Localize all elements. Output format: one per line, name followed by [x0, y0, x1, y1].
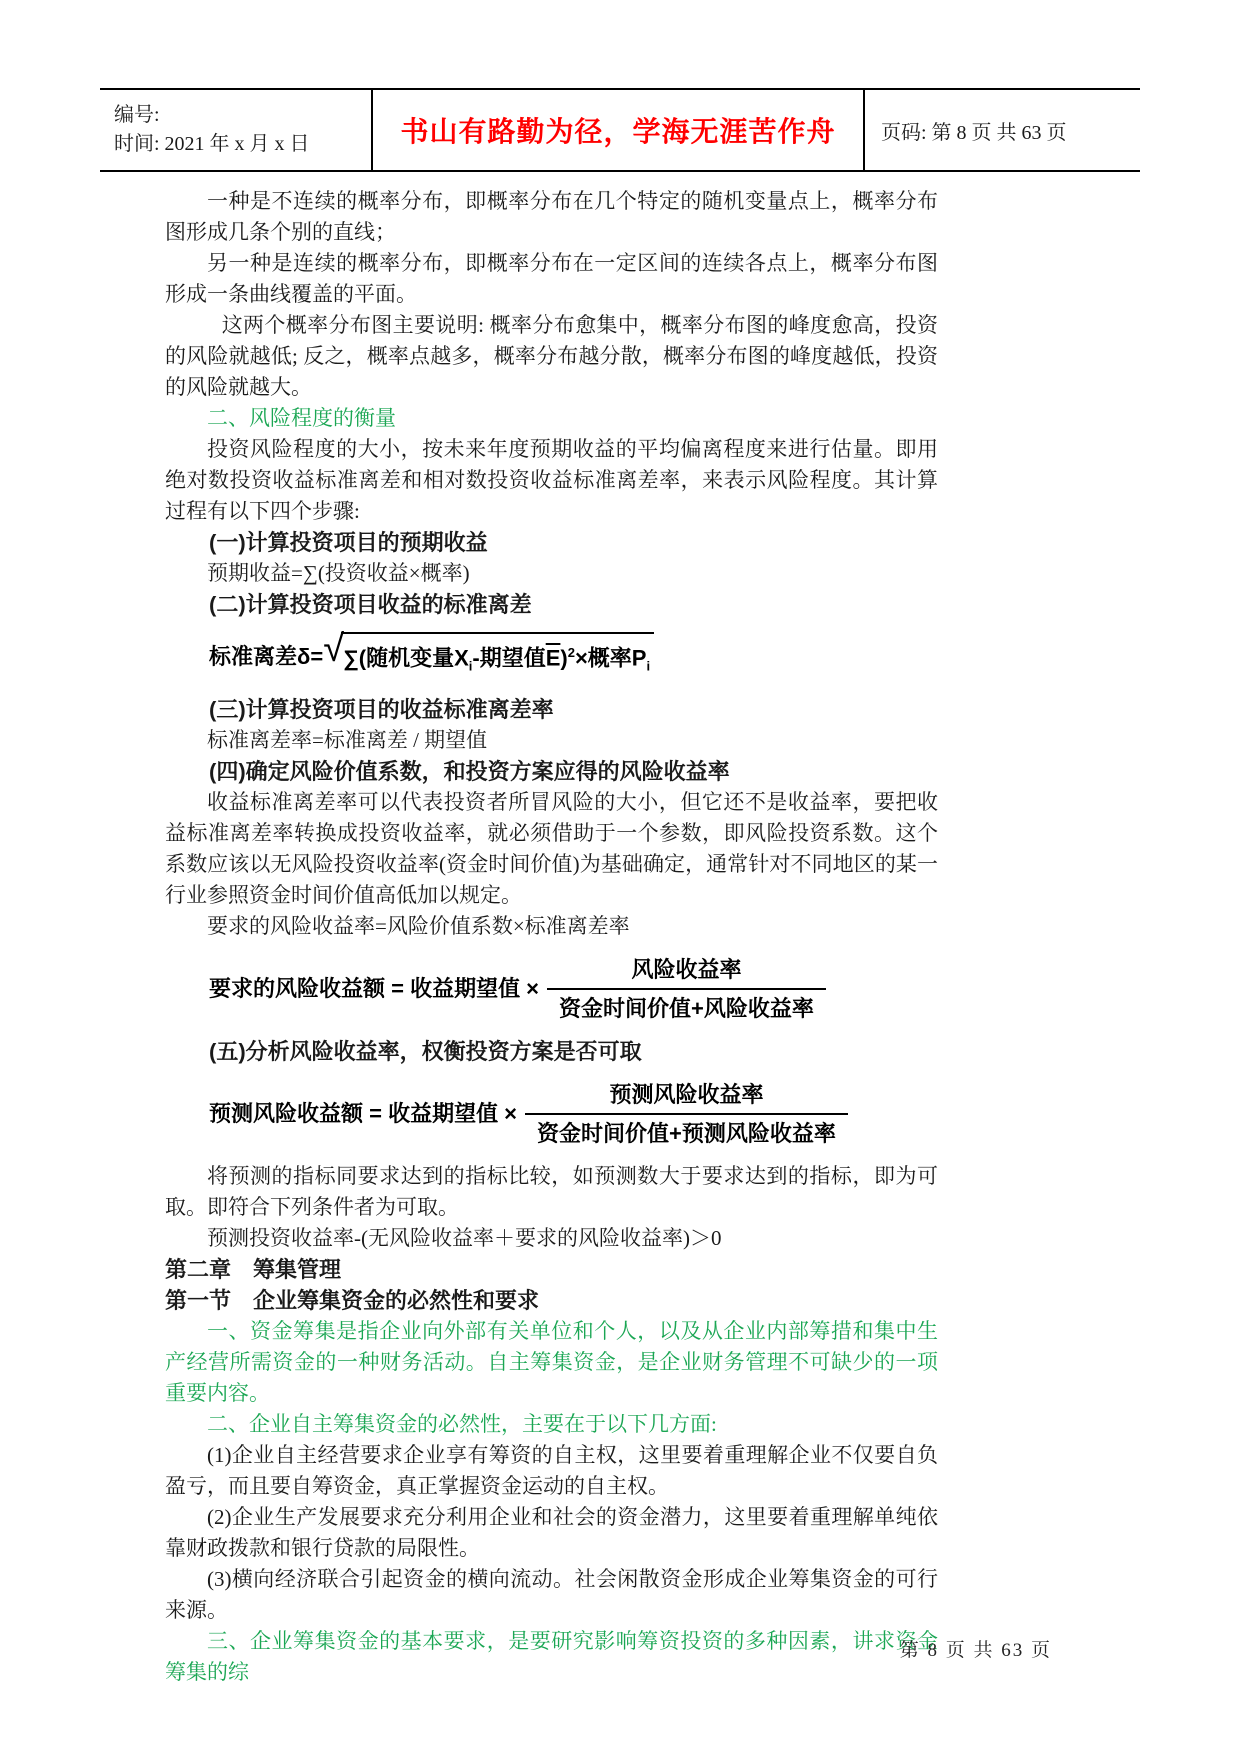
- formula-lhs: 要求的风险收益额 = 收益期望值 ×: [209, 973, 539, 1004]
- page-footer-number: 第 8 页 共 63 页: [900, 1635, 1052, 1662]
- paragraph-fund-point2: 二、企业自主筹集资金的必然性，主要在于以下几方面:: [165, 1409, 938, 1440]
- heading-step4: (四)确定风险价值系数，和投资方案应得的风险收益率: [165, 756, 938, 787]
- heading-step3: (三)计算投资项目的收益标准离差率: [165, 694, 938, 725]
- fraction-denominator: 资金时间价值+风险收益率: [547, 988, 826, 1024]
- heading-step2: (二)计算投资项目收益的标准离差: [165, 589, 938, 620]
- doc-number-label: 编号:: [114, 101, 371, 130]
- heading-step5: (五)分析风险收益率，权衡投资方案是否可取: [165, 1036, 938, 1067]
- heading-step1: (一)计算投资项目的预期收益: [165, 527, 938, 558]
- std-deviation-formula: 标准离差δ=√∑(随机变量Xi-期望值E)2×概率Pi: [165, 632, 938, 682]
- formula-lhs: 标准离差δ=: [209, 641, 323, 672]
- close-paren: ): [560, 645, 567, 670]
- paragraph-fund-point2-2: (2)企业生产发展要求充分利用企业和社会的资金潜力，这里要着重理解单纯依靠财政拨…: [165, 1502, 938, 1564]
- radicand: ∑(随机变量Xi-期望值E)2×概率Pi: [341, 632, 654, 682]
- fraction-numerator: 风险收益率: [547, 954, 826, 988]
- paragraph-prob-summary: 这两个概率分布图主要说明: 概率分布愈集中，概率分布图的峰度愈高，投资的风险就越…: [165, 310, 938, 403]
- heading-risk-measure: 二、风险程度的衡量: [165, 403, 938, 434]
- header-meta-cell: 编号: 时间: 2021 年 x 月 x 日: [100, 90, 373, 170]
- formula-required-rate: 要求的风险收益率=风险价值系数×标准离差率: [165, 911, 938, 942]
- header-page-cell: 页码: 第 8 页 共 63 页: [865, 90, 1140, 170]
- paragraph-compare-note: 将预测的指标同要求达到的指标比较，如预测数大于要求达到的指标，即为可取。即符合下…: [165, 1161, 938, 1223]
- document-body: 一种是不连续的概率分布，即概率分布在几个特定的随机变量点上，概率分布图形成几条个…: [165, 186, 938, 1688]
- formula-lhs: 预测风险收益额 = 收益期望值 ×: [209, 1098, 517, 1129]
- paragraph-fund-point2-3: (3)横向经济联合引起资金的横向流动。社会闲散资金形成企业筹集资金的可行来源。: [165, 1564, 938, 1626]
- document-page: 编号: 时间: 2021 年 x 月 x 日 书山有路勤为径，学海无涯苦作舟 页…: [0, 0, 1241, 1754]
- paragraph-measure-intro: 投资风险程度的大小，按未来年度预期收益的平均偏离程度来进行估量。即用绝对数投资收…: [165, 434, 938, 527]
- paragraph-prob-continuous: 另一种是连续的概率分布，即概率分布在一定区间的连续各点上，概率分布图形成一条曲线…: [165, 248, 938, 310]
- heading-chapter2: 第二章 筹集管理: [165, 1254, 938, 1285]
- formula-exponent: 2: [568, 645, 575, 660]
- page-header: 编号: 时间: 2021 年 x 月 x 日 书山有路勤为径，学海无涯苦作舟 页…: [100, 88, 1140, 172]
- formula-expected-return: 预期收益=∑(投资收益×概率): [165, 558, 938, 589]
- header-motto-cell: 书山有路勤为径，学海无涯苦作舟: [373, 90, 865, 170]
- formula-condition: 预测投资收益率-(无风险收益率＋要求的风险收益率)＞0: [165, 1223, 938, 1254]
- formula-sd-rate: 标准离差率=标准离差 / 期望值: [165, 725, 938, 756]
- paragraph-fund-point1: 一、资金筹集是指企业向外部有关单位和个人，以及从企业内部筹措和集中生产经营所需资…: [165, 1316, 938, 1409]
- fraction-denominator: 资金时间价值+预测风险收益率: [525, 1113, 848, 1149]
- paragraph-step4-body: 收益标准离差率可以代表投资者所冒风险的大小，但它还不是收益率，要把收益标准离差率…: [165, 787, 938, 911]
- fraction: 预测风险收益率 资金时间价值+预测风险收益率: [525, 1079, 848, 1149]
- fraction-numerator: 预测风险收益率: [525, 1079, 848, 1113]
- forecast-risk-return-formula: 预测风险收益额 = 收益期望值 × 预测风险收益率 资金时间价值+预测风险收益率: [165, 1079, 938, 1149]
- paragraph-fund-point2-1: (1)企业自主经营要求企业享有筹资的自主权，这里要着重理解企业不仅要自负盈亏，而…: [165, 1440, 938, 1502]
- heading-section1: 第一节 企业筹集资金的必然性和要求: [165, 1285, 938, 1316]
- sqrt-expression: √∑(随机变量Xi-期望值E)2×概率Pi: [323, 632, 654, 682]
- formula-subscript: i: [646, 659, 650, 674]
- page-number-label: 页码: 第 8 页 共 63 页: [881, 116, 1140, 145]
- expected-value-bar: E: [546, 645, 561, 670]
- header-motto: 书山有路勤为径，学海无涯苦作舟: [400, 110, 835, 150]
- radicand-tail: ×概率P: [575, 645, 647, 670]
- paragraph-fund-point3: 三、企业筹集资金的基本要求，是要研究影响筹资投资的多种因素，讲求资金筹集的综: [165, 1626, 938, 1688]
- paragraph-prob-discrete: 一种是不连续的概率分布，即概率分布在几个特定的随机变量点上，概率分布图形成几条个…: [165, 186, 938, 248]
- fraction: 风险收益率 资金时间价值+风险收益率: [547, 954, 826, 1024]
- required-risk-return-formula: 要求的风险收益额 = 收益期望值 × 风险收益率 资金时间价值+风险收益率: [165, 954, 938, 1024]
- doc-time-label: 时间: 2021 年 x 月 x 日: [114, 130, 371, 159]
- radicand-pre: ∑(随机变量X: [343, 645, 469, 670]
- radicand-mid: -期望值: [472, 645, 545, 670]
